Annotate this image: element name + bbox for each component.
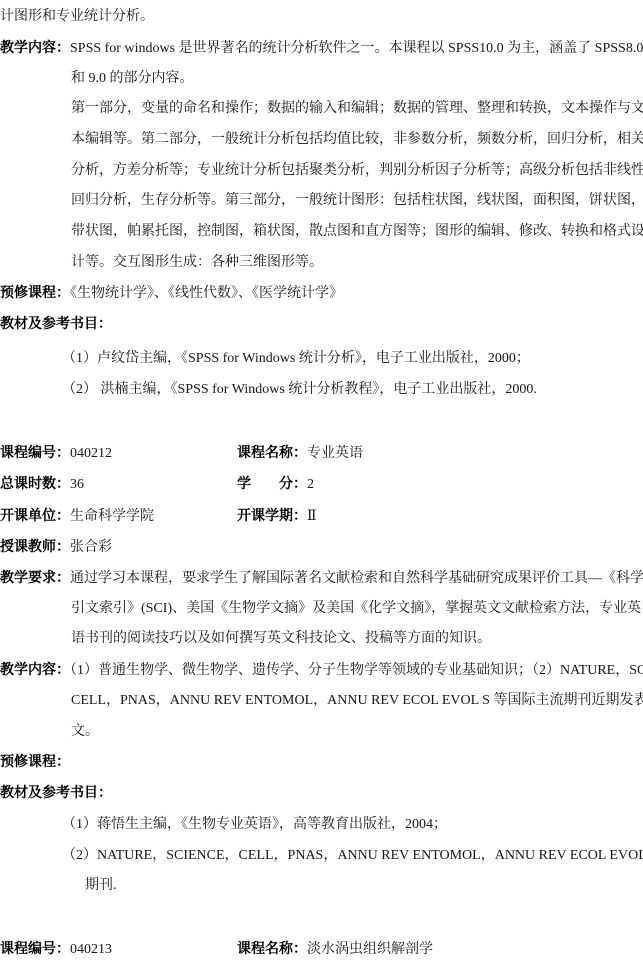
- doc-line: 授课教师：张合彩: [0, 538, 112, 556]
- doc-line: 课程编号：040213课程名称：淡水涡虫组织解剖学: [0, 940, 112, 958]
- doc-line: 第一部分，变量的命名和操作；数据的输入和编辑；数据的管理、整理和转换，文本操作与…: [71, 100, 643, 117]
- field-label: 课程名称：: [237, 444, 307, 460]
- doc-line: 教材及参考书目：: [0, 315, 112, 333]
- field-label: 教学内容：: [0, 661, 70, 677]
- body-text: 回归分析，生存分析等。第三部分，一般统计图形：包括柱状图，线状图，面积图，饼状图…: [71, 193, 643, 208]
- body-text: （2）NATURE，SCIENCE，CELL，PNAS，ANNU REV ENT…: [62, 848, 643, 863]
- doc-line: 回归分析，生存分析等。第三部分，一般统计图形：包括柱状图，线状图，面积图，饼状图…: [71, 192, 643, 209]
- field-label: 教学要求：: [0, 569, 70, 585]
- field-value: SPSS for windows 是世界著名的统计分析软件之一。本课程以 SPS…: [70, 41, 643, 56]
- doc-line: （2）NATURE，SCIENCE，CELL，PNAS，ANNU REV ENT…: [62, 847, 643, 864]
- body-text: CELL，PNAS，ANNU REV ENTOMOL，ANNU REV ECOL…: [71, 693, 643, 708]
- body-text: （1）蒋悟生主编，《生物专业英语》，高等教育出版社，2004；: [62, 817, 447, 832]
- field-label: 学 分：: [237, 475, 307, 491]
- doc-line: 教学要求：通过学习本课程，要求学生了解国际著名文献检索和自然科学基础研究成果评价…: [0, 569, 643, 587]
- field-value: 2: [307, 477, 314, 492]
- doc-line-second-column: 课程名称：淡水涡虫组织解剖学: [237, 940, 433, 958]
- field-label: 预修课程：: [0, 284, 70, 300]
- doc-line: 预修课程：《生物统计学》、《线性代数》、《医学统计学》: [0, 284, 343, 302]
- body-text: （2） 洪楠主编，《SPSS for Windows 统计分析教程》，电子工业出…: [62, 382, 537, 397]
- doc-line: 教学内容：（1）普通生物学、微生物学、遗传学、分子生物学等领域的专业基础知识；（…: [0, 661, 643, 679]
- field-label: 课程编号：: [0, 940, 70, 956]
- field-label: 开课学期：: [237, 507, 307, 523]
- doc-line: 本编辑等。第二部分，一般统计分析包括均值比较，非参数分析，频数分析，回归分析，相…: [71, 131, 643, 148]
- field-label: 课程名称：: [237, 940, 307, 956]
- body-text: 第一部分，变量的命名和操作；数据的输入和编辑；数据的管理、整理和转换，文本操作与…: [71, 101, 643, 116]
- course-catalog-page: 计图形和专业统计分析。教学内容：SPSS for windows 是世界著名的统…: [0, 0, 643, 967]
- field-label: 教材及参考书目：: [0, 784, 112, 800]
- field-value: 生命科学学院: [70, 509, 154, 524]
- field-value: 36: [70, 477, 84, 492]
- doc-line-second-column: 开课学期：Ⅱ: [237, 507, 317, 525]
- doc-line: 文。: [71, 723, 99, 740]
- body-text: 期刊.: [85, 878, 117, 893]
- field-value: Ⅱ: [307, 509, 317, 524]
- field-label: 教材及参考书目：: [0, 315, 112, 331]
- doc-line: （1）卢纹岱主编，《SPSS for Windows 统计分析》，电子工业出版社…: [62, 350, 530, 367]
- doc-line: 期刊.: [85, 877, 117, 894]
- doc-line: （1）蒋悟生主编，《生物专业英语》，高等教育出版社，2004；: [62, 816, 447, 833]
- field-value: （1）普通生物学、微生物学、遗传学、分子生物学等领域的专业基础知识；（2）NAT…: [70, 663, 643, 678]
- field-label: 授课教师：: [0, 538, 70, 554]
- field-value: 专业英语: [307, 446, 363, 461]
- doc-line: 计图形和专业统计分析。: [0, 8, 154, 25]
- field-label: 总课时数：: [0, 475, 70, 491]
- doc-line: 引文索引》(SCI)、美国《生物学文摘》及美国《化学文摘》，掌握英文文献检索方法…: [71, 600, 641, 617]
- field-label: 开课单位：: [0, 507, 70, 523]
- doc-line: 分析，方差分析等；专业统计分析包括聚类分析，判别分析因子分析等；高级分析包括非线…: [71, 162, 643, 179]
- doc-line: 总课时数：36学 分：2: [0, 475, 84, 493]
- body-text: 和 9.0 的部分内容。: [71, 71, 194, 86]
- body-text: 本编辑等。第二部分，一般统计分析包括均值比较，非参数分析，频数分析，回归分析，相…: [71, 132, 643, 147]
- doc-line: 预修课程：: [0, 753, 70, 771]
- doc-line: 和 9.0 的部分内容。: [71, 70, 194, 87]
- doc-line: 课程编号：040212课程名称：专业英语: [0, 444, 112, 462]
- body-text: 语书刊的阅读技巧以及如何撰写英文科技论文、投稿等方面的知识。: [71, 631, 491, 646]
- field-label: 课程编号：: [0, 444, 70, 460]
- field-value: 张合彩: [70, 540, 112, 555]
- doc-line-second-column: 课程名称：专业英语: [237, 444, 363, 462]
- doc-line: 语书刊的阅读技巧以及如何撰写英文科技论文、投稿等方面的知识。: [71, 630, 491, 647]
- doc-line: CELL，PNAS，ANNU REV ENTOMOL，ANNU REV ECOL…: [71, 692, 643, 709]
- doc-line: （2） 洪楠主编，《SPSS for Windows 统计分析教程》，电子工业出…: [62, 381, 537, 398]
- field-value: 淡水涡虫组织解剖学: [307, 942, 433, 957]
- body-text: 带状图，帕累托图，控制图，箱状图，散点图和直方图等；图形的编辑、修改、转换和格式…: [71, 224, 643, 239]
- doc-line: 教学内容：SPSS for windows 是世界著名的统计分析软件之一。本课程…: [0, 39, 643, 57]
- body-text: 分析，方差分析等；专业统计分析包括聚类分析，判别分析因子分析等；高级分析包括非线…: [71, 163, 643, 178]
- field-value: 《生物统计学》、《线性代数》、《医学统计学》: [70, 286, 343, 301]
- field-value: 040212: [70, 446, 112, 461]
- field-value: 040213: [70, 942, 112, 957]
- doc-line: 带状图，帕累托图，控制图，箱状图，散点图和直方图等；图形的编辑、修改、转换和格式…: [71, 223, 643, 240]
- body-text: 计等。交互图形生成：各种三维图形等。: [71, 255, 323, 270]
- doc-line-second-column: 学 分：2: [237, 475, 314, 493]
- field-label: 预修课程：: [0, 753, 70, 769]
- body-text: 文。: [71, 724, 99, 739]
- field-label: 教学内容：: [0, 39, 70, 55]
- doc-line: 开课单位：生命科学学院开课学期：Ⅱ: [0, 507, 154, 525]
- body-text: （1）卢纹岱主编，《SPSS for Windows 统计分析》，电子工业出版社…: [62, 351, 530, 366]
- body-text: 计图形和专业统计分析。: [0, 9, 154, 24]
- body-text: 引文索引》(SCI)、美国《生物学文摘》及美国《化学文摘》，掌握英文文献检索方法…: [71, 601, 641, 616]
- doc-line: 教材及参考书目：: [0, 784, 112, 802]
- doc-line: 计等。交互图形生成：各种三维图形等。: [71, 254, 323, 271]
- field-value: 通过学习本课程，要求学生了解国际著名文献检索和自然科学基础研究成果评价工具—《科…: [70, 571, 643, 586]
